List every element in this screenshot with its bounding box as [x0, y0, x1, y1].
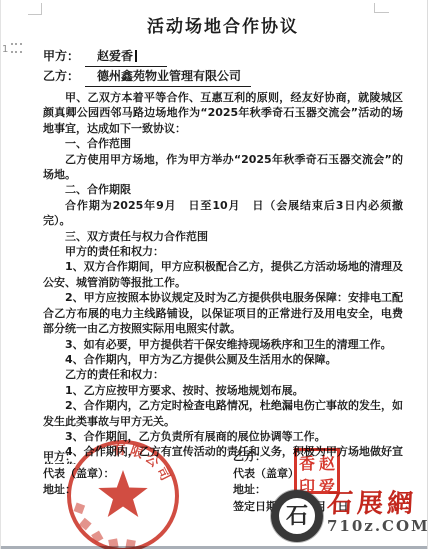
contract-paragraph: 合作期为2025年9月 日至10月 日（会展结束后3日内必须撤完）。	[43, 198, 403, 229]
text-boundary-mark-top-left	[28, 3, 42, 15]
contract-paragraph: 1、乙方应按甲方要求、按时、按场地规划布展。	[43, 383, 403, 398]
text-cursor-caret	[135, 50, 137, 62]
watermark-site-url: 710z.COM	[327, 518, 428, 535]
seal-char: 香	[297, 451, 317, 474]
contract-paragraph: 三、双方责任与权力合作范围	[43, 229, 403, 244]
document-content[interactable]: 活动场地合作协议 甲方：赵爱香 乙方：德州鑫苑物业管理有限公司 甲、乙双方本着平…	[43, 12, 403, 464]
contract-paragraph: 甲方的责任和权力：	[43, 244, 403, 259]
contract-paragraph: 乙方使用甲方场地，作为甲方举办“2025年秋季奇石玉器交流会”的场地。	[43, 152, 403, 183]
seal-char: 赵	[317, 451, 337, 474]
party-a-line: 甲方：赵爱香	[43, 47, 403, 67]
party-b-label: 乙方：	[43, 69, 79, 83]
contract-paragraph: 一、合作范围	[43, 136, 403, 151]
contract-body[interactable]: 甲、乙双方本着平等合作、互惠互利的原则，经友好协商，就陵城区颜真卿公园西邻马路边…	[43, 90, 403, 464]
paragraph-drag-handle-icon[interactable]	[11, 43, 22, 57]
watermark-text: 石展網 710z.COM	[327, 490, 428, 535]
logo-stone-char: 石	[286, 505, 308, 527]
party-b-name: 德州鑫苑物业管理有限公司	[97, 69, 241, 83]
party-b-name-seal-stamp: 香 赵 印 爱	[294, 448, 340, 494]
shizhanwang-logo-icon: 石	[271, 490, 323, 542]
round-seal-illegible-marks	[74, 503, 136, 549]
party-b-line: 乙方：德州鑫苑物业管理有限公司	[43, 67, 403, 87]
party-a-name-field[interactable]: 赵爱香	[85, 47, 167, 67]
watermark-site-name: 石展網	[326, 490, 428, 518]
contract-paragraph: 3、如有必要，甲方提供若干保安维持现场秩序和卫生的清理工作。	[43, 337, 403, 352]
party-a-label: 甲方：	[43, 49, 79, 63]
seal-star-icon	[98, 470, 147, 517]
contract-paragraph: 4、合作期内，甲方为乙方提供公厕及生活用水的保障。	[43, 352, 403, 367]
page-title: 活动场地合作协议	[43, 12, 403, 37]
contract-paragraph: 2、合作期内，乙方定时检查电路情况，杜绝漏电伤亡事故的发生，如发生此类事故与甲方…	[43, 398, 403, 429]
contract-paragraph: 甲、乙双方本着平等合作、互惠互利的原则，经友好协商，就陵城区颜真卿公园西邻马路边…	[43, 90, 403, 136]
line-number: 1	[2, 44, 8, 55]
document-page[interactable]: { "document": { "title": "活动场地合作协议", "pa…	[0, 0, 428, 549]
contract-paragraph: 乙方的责任和权力：	[43, 367, 403, 382]
contract-paragraph: 1、双方合作期间，甲方应积极配合乙方，提供乙方活动场地的清理及公安、城管消防等报…	[43, 259, 403, 290]
party-a-name: 赵爱香	[97, 49, 133, 63]
shizhanwang-watermark: 石 石展網 710z.COM	[271, 490, 428, 542]
contract-paragraph: 二、合作期限	[43, 182, 403, 197]
round-seal-graphic: 有限公司	[63, 436, 183, 549]
party-a-round-seal-stamp: 有限公司	[63, 436, 183, 549]
party-b-name-field[interactable]: 德州鑫苑物业管理有限公司	[85, 67, 251, 87]
contract-paragraph: 2、甲方应按照本协议规定及时为乙方提供供电服务保障：安排电工配合乙方布展的电力主…	[43, 290, 403, 336]
